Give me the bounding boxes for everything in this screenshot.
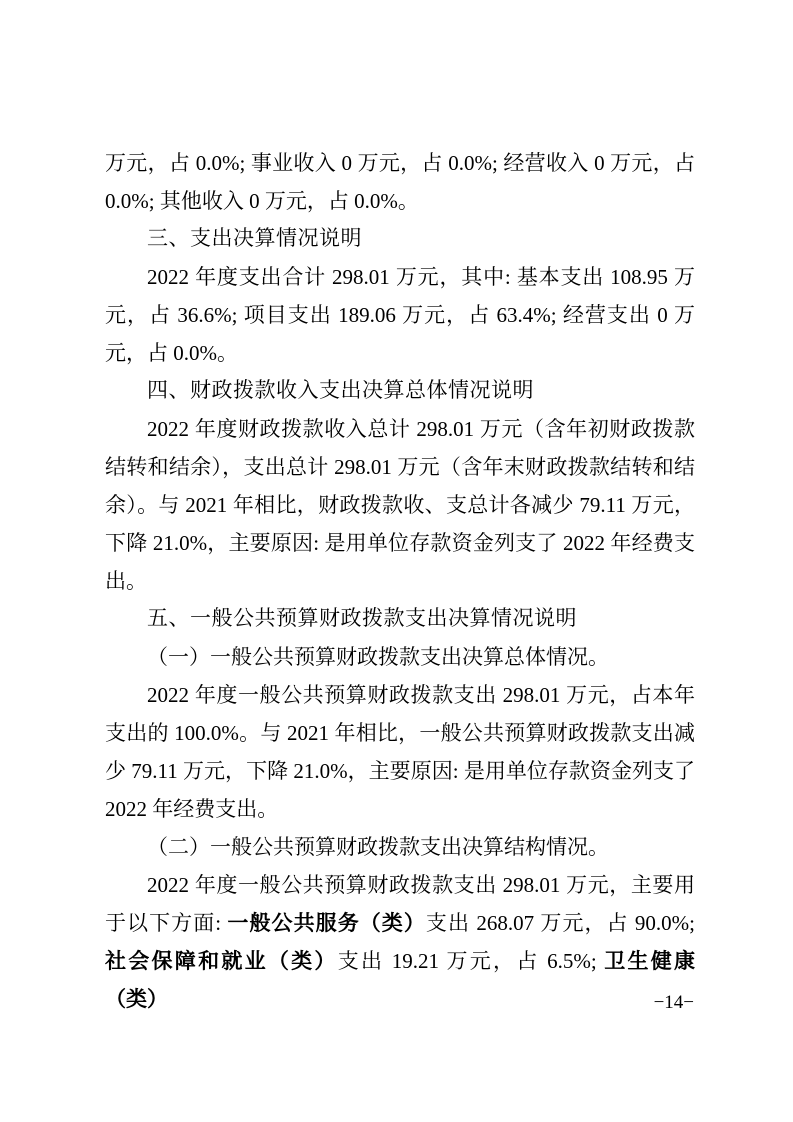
paragraph-income-continuation: 万元，占 0.0%; 事业收入 0 万元，占 0.0%; 经营收入 0 万元，占… bbox=[105, 144, 695, 220]
heading-section-4-fiscal-appropriation: 四、财政拨款收入支出决算总体情况说明 bbox=[105, 372, 695, 410]
heading-subsection-1-overall-situation: （一）一般公共预算财政拨款支出决算总体情况。 bbox=[105, 638, 695, 676]
paragraph-general-budget-overall: 2022 年度一般公共预算财政拨款支出 298.01 万元，占本年支出的 100… bbox=[105, 676, 695, 828]
structure-text-general-public-services-amount: 支出 268.07 万元，占 90.0%; bbox=[426, 911, 695, 935]
heading-section-5-general-public-budget: 五、一般公共预算财政拨款支出决算情况说明 bbox=[105, 600, 695, 638]
page-number: −14− bbox=[654, 992, 694, 1014]
structure-text-social-security-amount: 支出 19.21 万元，占 6.5%; bbox=[338, 949, 605, 973]
heading-section-3-expenditure: 三、支出决算情况说明 bbox=[105, 220, 695, 258]
paragraph-fiscal-appropriation-overview: 2022 年度财政拨款收入总计 298.01 万元（含年初财政拨款结转和结余），… bbox=[105, 410, 695, 600]
paragraph-expenditure-total: 2022 年度支出合计 298.01 万元，其中: 基本支出 108.95 万元… bbox=[105, 258, 695, 372]
paragraph-expenditure-structure: 2022 年度一般公共预算财政拨款支出 298.01 万元，主要用于以下方面: … bbox=[105, 866, 695, 1018]
structure-category-social-security-employment: 社会保障和就业（类） bbox=[105, 949, 338, 973]
document-content: 万元，占 0.0%; 事业收入 0 万元，占 0.0%; 经营收入 0 万元，占… bbox=[105, 144, 695, 1018]
document-page: 万元，占 0.0%; 事业收入 0 万元，占 0.0%; 经营收入 0 万元，占… bbox=[0, 0, 793, 1122]
structure-category-general-public-services: 一般公共服务（类） bbox=[227, 911, 426, 935]
heading-subsection-2-structure-situation: （二）一般公共预算财政拨款支出决算结构情况。 bbox=[105, 828, 695, 866]
